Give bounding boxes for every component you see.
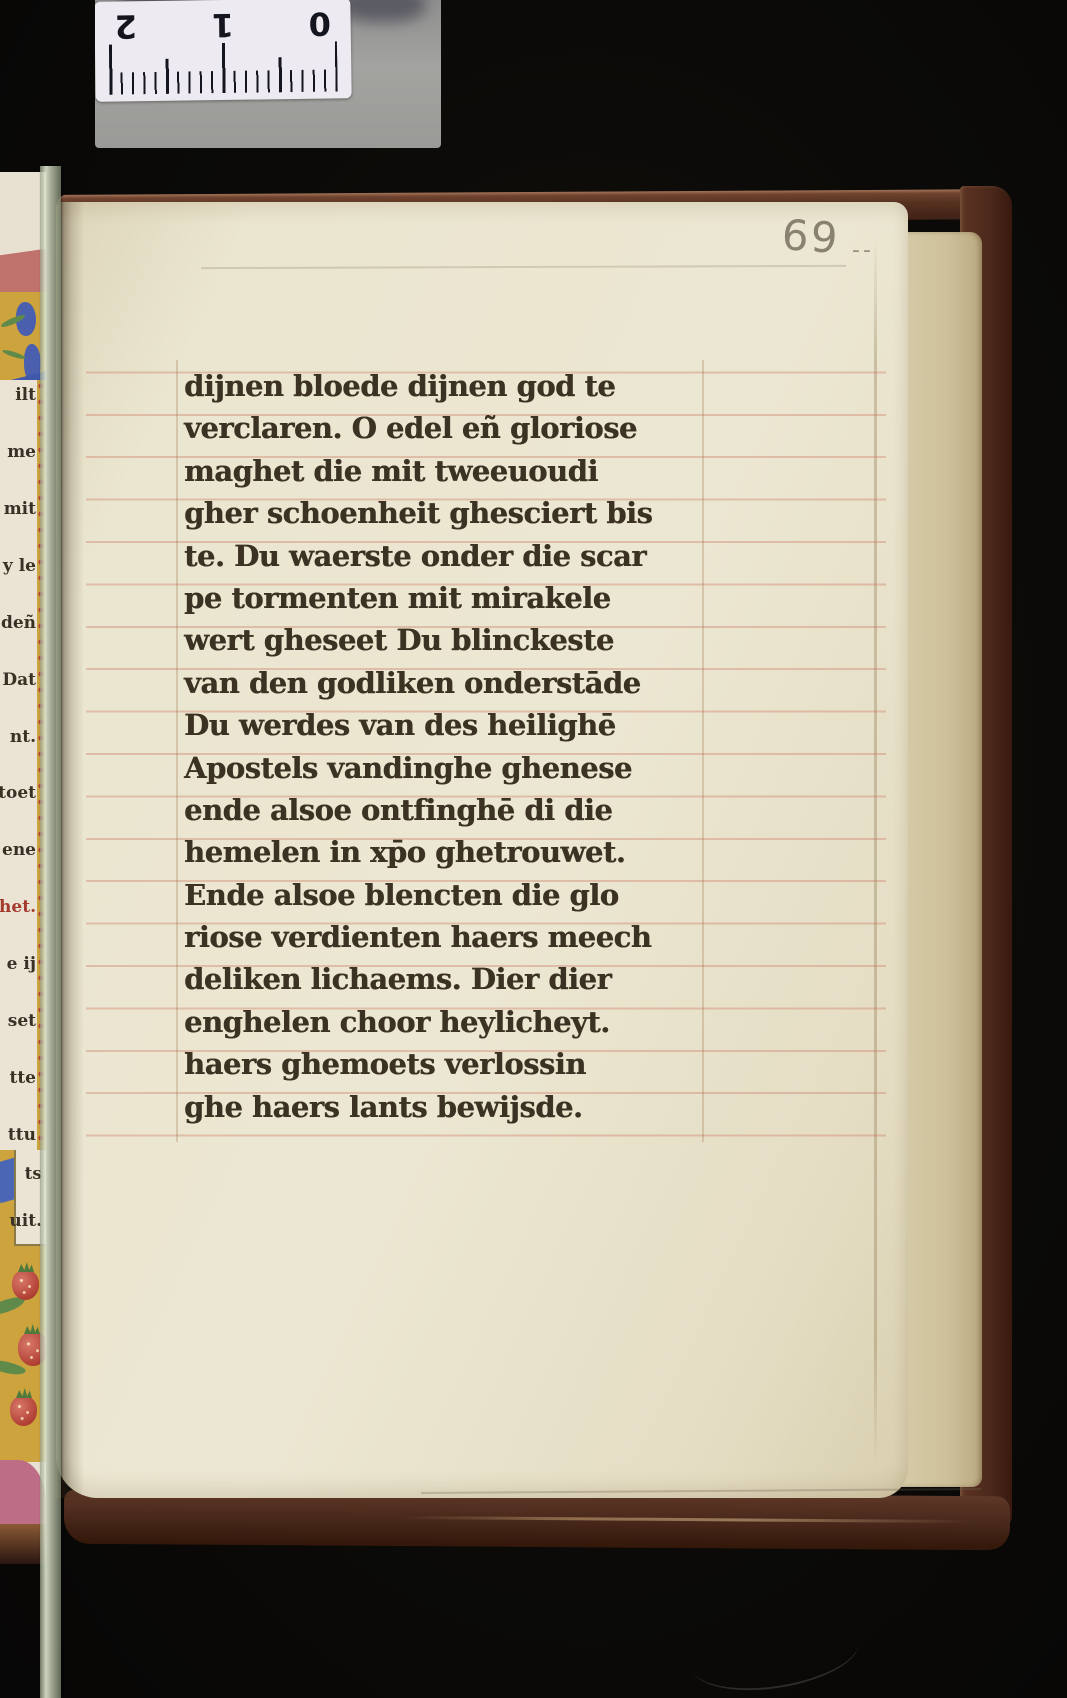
- underlying-page-edges: [896, 232, 982, 1487]
- stray-hair: [686, 1607, 865, 1698]
- text-line: riose verdienten haers meech: [184, 916, 716, 958]
- text-line: Ende alsoe blencten die glo: [184, 874, 716, 916]
- text-fragment: deñ: [1, 614, 36, 632]
- text-line: gher schoenheit ghesciert bis: [184, 492, 716, 534]
- plexiglass-strip: [40, 166, 61, 1698]
- text-line: deliken lichaems. Dier dier: [184, 958, 716, 1000]
- manuscript-page: 69 -- dijnen bloede dijnen god te vercla…: [56, 202, 908, 1498]
- text-line: hemelen in xp̄o ghetrouwet.: [184, 831, 716, 873]
- facing-text-fragments: ilt me mit y le deñ Dat nt. toet ene het…: [0, 386, 36, 1144]
- scale-card: 2 1 0: [95, 0, 441, 148]
- ruler-number-0: 0: [308, 4, 331, 42]
- text-fragment: Dat: [2, 671, 36, 689]
- text-line: haers ghemoets verlossin: [184, 1043, 716, 1085]
- ruler-number-1: 1: [211, 6, 234, 44]
- leather-cover-bottom-edge: [64, 1490, 1010, 1551]
- gothic-text-block: dijnen bloede dijnen god te verclaren. O…: [184, 365, 716, 1128]
- text-fragment: y le: [3, 557, 36, 575]
- text-frame-left-line: [176, 360, 178, 1142]
- text-line: ende alsoe ontfinghē di die: [184, 789, 716, 831]
- photo-backdrop: 2 1 0 69 -- dijnen bloede dijnen god te …: [0, 0, 1067, 1698]
- text-line: enghelen choor heylicheyt.: [184, 1001, 716, 1043]
- text-line: Apostels vandinghe ghenese: [184, 747, 716, 789]
- folio-dash: --: [852, 238, 874, 263]
- text-line: te. Du waerste onder die scar: [184, 535, 716, 577]
- text-line: dijnen bloede dijnen god te: [184, 365, 716, 407]
- text-fragment: e ij: [7, 955, 36, 973]
- text-line: maghet die mit tweeuoudi: [184, 450, 716, 492]
- text-fragment: tte: [9, 1069, 36, 1087]
- faint-pencil-line: [421, 1488, 981, 1494]
- text-fragment: mit: [4, 500, 36, 518]
- text-fragment: nt.: [10, 728, 36, 746]
- text-fragment: het.: [0, 898, 36, 916]
- text-line: Du werdes van des heilighē: [184, 704, 716, 746]
- text-fragment: me: [7, 443, 36, 461]
- text-fragment: toet: [0, 784, 36, 802]
- text-line: pe tormenten mit mirakele: [184, 577, 716, 619]
- text-line: verclaren. O edel eñ gloriose: [184, 407, 716, 449]
- text-fragment: ilt: [15, 386, 36, 404]
- text-line: van den godliken onderstāde: [184, 662, 716, 704]
- text-fragment: set: [8, 1012, 36, 1030]
- blurred-label-mark: [341, 0, 425, 22]
- ruler-number-2: 2: [114, 7, 137, 45]
- ruler-tick-scale: [109, 41, 338, 94]
- green-leaf-decoration: [2, 348, 26, 360]
- text-fragment: ene: [2, 841, 36, 859]
- strawberry-decoration: [10, 1396, 37, 1426]
- folio-number: 69: [780, 210, 841, 263]
- ruler: 2 1 0: [95, 0, 352, 102]
- strawberry-decoration: [12, 1270, 39, 1300]
- text-fragment: ttu: [8, 1126, 36, 1144]
- text-line: wert gheseet Du blinckeste: [184, 619, 716, 661]
- text-fragment: uit.: [9, 1212, 42, 1230]
- text-line: ghe haers lants bewijsde.: [184, 1086, 716, 1128]
- faint-frame-line: [201, 265, 846, 269]
